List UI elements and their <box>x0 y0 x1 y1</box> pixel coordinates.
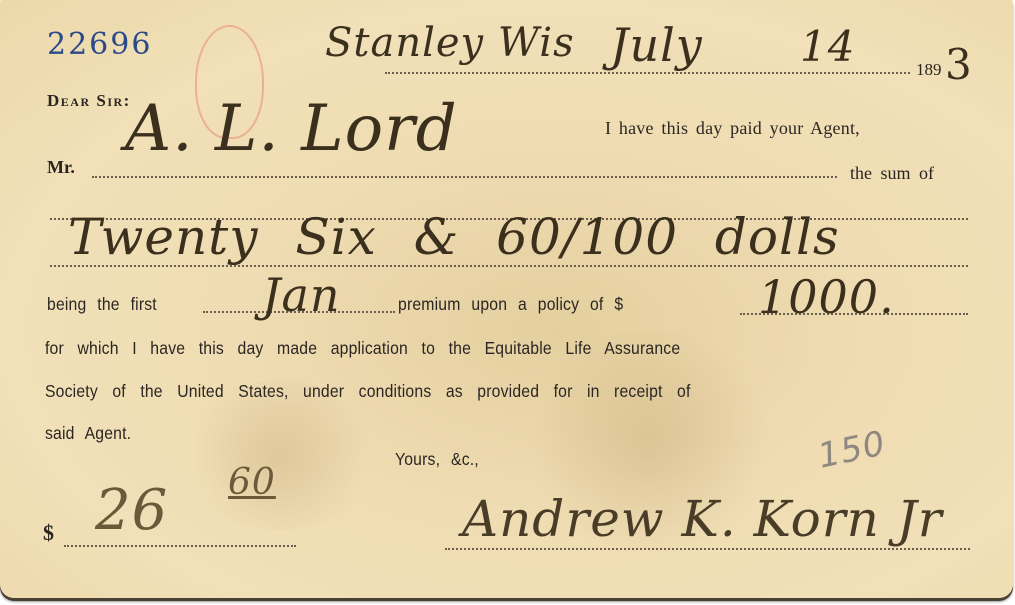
mr-label: Mr. <box>47 157 75 178</box>
paper-stain <box>180 380 380 530</box>
receipt-card: 22696 Stanley Wis July 14 189 3 Dear Sir… <box>0 0 1013 598</box>
handwritten-policy-amount: 1000. <box>758 270 895 324</box>
dollar-sign: $ <box>43 520 54 546</box>
amount-figures-line <box>64 545 296 547</box>
body-line-1: for which I have this day made applicati… <box>45 338 680 359</box>
handwritten-year-digit: 3 <box>945 40 973 89</box>
handwritten-amount-dollars: 26 <box>95 478 168 543</box>
body-line-3: said Agent. <box>45 423 131 444</box>
body-line-2: Society of the United States, under cond… <box>45 381 691 402</box>
pencil-note: 150 <box>815 423 890 476</box>
handwritten-premium-period: Jan <box>262 268 341 322</box>
handwritten-place: Stanley Wis <box>325 20 575 66</box>
handwritten-signature: Andrew K. Korn Jr <box>462 490 943 548</box>
signature-line <box>445 548 970 550</box>
handwritten-agent-name: A. L. Lord <box>125 92 458 166</box>
paid-agent-text: I have this day paid your Agent, <box>605 118 860 139</box>
premium-text: premium upon a policy of $ <box>398 294 623 315</box>
handwritten-day: 14 <box>800 22 855 71</box>
handwritten-month: July <box>610 18 703 72</box>
salutation: Dear Sir: <box>47 91 131 111</box>
handwritten-amount-words: Twenty Six & 60/100 dolls <box>68 208 840 266</box>
sum-of-text: the sum of <box>850 163 934 184</box>
closing-text: Yours, &c., <box>395 449 479 470</box>
being-first-text: being the first <box>47 294 157 315</box>
handwritten-amount-cents: 60 <box>228 462 276 503</box>
date-line <box>385 72 910 74</box>
serial-number: 22696 <box>47 27 152 62</box>
year-prefix: 189 <box>916 60 942 80</box>
agent-name-line <box>92 176 837 178</box>
